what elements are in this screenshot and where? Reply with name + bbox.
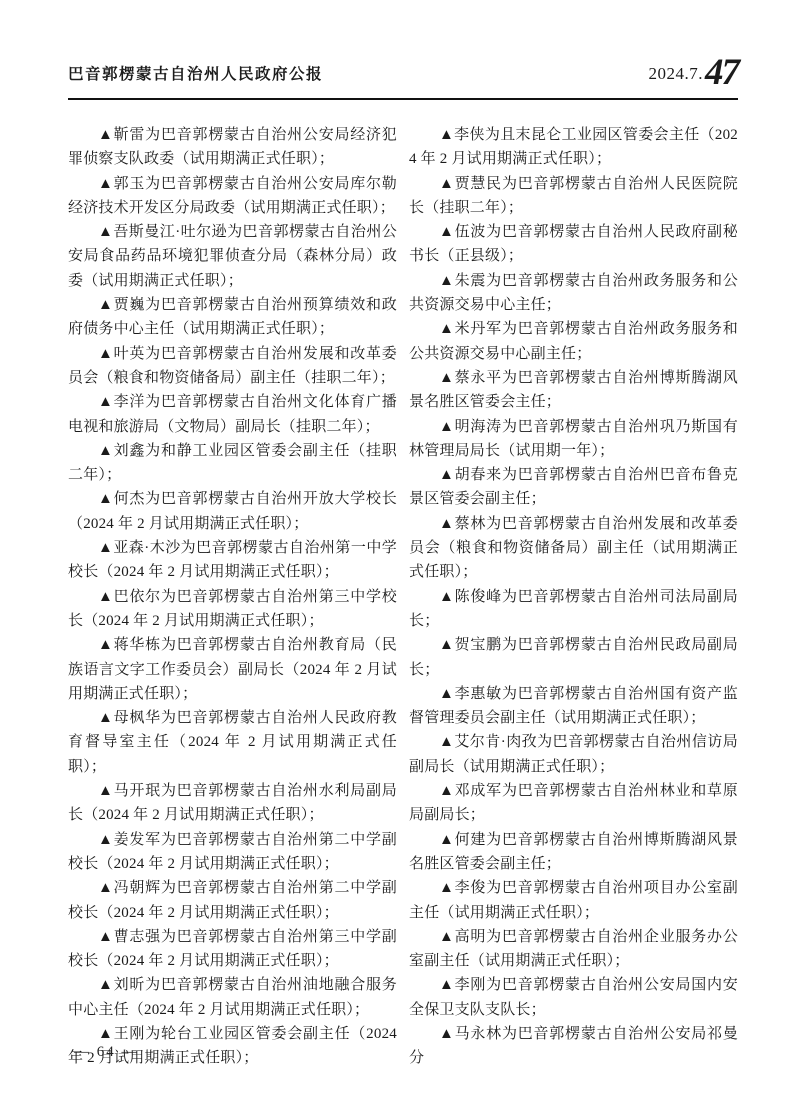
appointment-item: ▲高明为巴音郭楞蒙古自治州企业服务办公室副主任（试用期满正式任职）； [409, 925, 738, 974]
appointment-item: ▲蔡林为巴音郭楞蒙古自治州发展和改革委员会（粮食和物资储备局）副主任（试用期满正… [409, 512, 738, 585]
appointment-item: ▲朱震为巴音郭楞蒙古自治州政务服务和公共资源交易中心主任； [409, 269, 738, 318]
header-issue-info: 2024.7. 47 [649, 64, 739, 84]
appointment-item: ▲刘鑫为和静工业园区管委会副主任（挂职二年）； [68, 439, 397, 488]
appointment-item: ▲李刚为巴音郭楞蒙古自治州公安局国内安全保卫支队支队长； [409, 973, 738, 1022]
issue-date: 2024.7. [649, 64, 704, 84]
appointment-item: ▲吾斯曼江·吐尔逊为巴音郭楞蒙古自治州公安局食品药品环境犯罪侦查分局（森林分局）… [68, 220, 397, 293]
appointment-item: ▲李俊为巴音郭楞蒙古自治州项目办公室副主任（试用期满正式任职）； [409, 876, 738, 925]
appointment-item: ▲郭玉为巴音郭楞蒙古自治州公安局库尔勒经济技术开发区分局政委（试用期满正式任职）… [68, 172, 397, 221]
appointment-item: ▲李惠敏为巴音郭楞蒙古自治州国有资产监督管理委员会副主任（试用期满正式任职）； [409, 682, 738, 731]
appointment-item: ▲李侠为且末昆仑工业园区管委会主任（2024 年 2 月试用期满正式任职）； [409, 123, 738, 172]
appointment-item: ▲靳雷为巴音郭楞蒙古自治州公安局经济犯罪侦察支队政委（试用期满正式任职）； [68, 123, 397, 172]
appointment-item: ▲贾慧民为巴音郭楞蒙古自治州人民医院院长（挂职二年）； [409, 172, 738, 221]
appointment-item: ▲蔡永平为巴音郭楞蒙古自治州博斯腾湖风景名胜区管委会主任； [409, 366, 738, 415]
appointment-item: ▲曹志强为巴音郭楞蒙古自治州第三中学副校长（2024 年 2 月试用期满正式任职… [68, 925, 397, 974]
gazette-title: 巴音郭楞蒙古自治州人民政府公报 [68, 62, 323, 84]
right-column: ▲李侠为且末昆仑工业园区管委会主任（2024 年 2 月试用期满正式任职）； ▲… [409, 123, 738, 1071]
appointment-item: ▲米丹军为巴音郭楞蒙古自治州政务服务和公共资源交易中心副主任； [409, 317, 738, 366]
appointment-item: ▲叶英为巴音郭楞蒙古自治州发展和改革委员会（粮食和物资储备局）副主任（挂职二年）… [68, 342, 397, 391]
appointment-item: ▲马永林为巴音郭楞蒙古自治州公安局祁曼分 [409, 1022, 738, 1071]
appointment-item: ▲艾尔肯·肉孜为巴音郭楞蒙古自治州信访局副局长（试用期满正式任职）； [409, 730, 738, 779]
appointment-item: ▲贺宝鹏为巴音郭楞蒙古自治州民政局副局长； [409, 633, 738, 682]
article-columns: ▲靳雷为巴音郭楞蒙古自治州公安局经济犯罪侦察支队政委（试用期满正式任职）； ▲郭… [68, 123, 738, 1071]
appointment-item: ▲刘昕为巴音郭楞蒙古自治州油地融合服务中心主任（2024 年 2 月试用期满正式… [68, 973, 397, 1022]
appointment-item: ▲李洋为巴音郭楞蒙古自治州文化体育广播电视和旅游局（文物局）副局长（挂职二年）； [68, 390, 397, 439]
appointment-item: ▲何建为巴音郭楞蒙古自治州博斯腾湖风景名胜区管委会副主任； [409, 828, 738, 877]
appointment-item: ▲胡春来为巴音郭楞蒙古自治州巴音布鲁克景区管委会副主任； [409, 463, 738, 512]
gazette-page: 巴音郭楞蒙古自治州人民政府公报 2024.7. 47 ▲靳雷为巴音郭楞蒙古自治州… [0, 0, 790, 1118]
appointment-item: ▲母枫华为巴音郭楞蒙古自治州人民政府教育督导室主任（2024 年 2 月试用期满… [68, 706, 397, 779]
appointment-item: ▲蒋华栋为巴音郭楞蒙古自治州教育局（民族语言文字工作委员会）副局长（2024 年… [68, 633, 397, 706]
appointment-item: ▲邓成军为巴音郭楞蒙古自治州林业和草原局副局长； [409, 779, 738, 828]
appointment-item: ▲明海涛为巴音郭楞蒙古自治州巩乃斯国有林管理局局长（试用期一年）； [409, 415, 738, 464]
page-number: — 64 — [74, 1044, 139, 1061]
appointment-item: ▲陈俊峰为巴音郭楞蒙古自治州司法局副局长； [409, 585, 738, 634]
appointment-item: ▲贾巍为巴音郭楞蒙古自治州预算绩效和政府债务中心主任（试用期满正式任职）； [68, 293, 397, 342]
appointment-item: ▲巴依尔为巴音郭楞蒙古自治州第三中学校长（2024 年 2 月试用期满正式任职）… [68, 585, 397, 634]
appointment-item: ▲马开珉为巴音郭楞蒙古自治州水利局副局长（2024 年 2 月试用期满正式任职）… [68, 779, 397, 828]
appointment-item: ▲亚森·木沙为巴音郭楞蒙古自治州第一中学校长（2024 年 2 月试用期满正式任… [68, 536, 397, 585]
appointment-item: ▲冯朝辉为巴音郭楞蒙古自治州第二中学副校长（2024 年 2 月试用期满正式任职… [68, 876, 397, 925]
appointment-item: ▲何杰为巴音郭楞蒙古自治州开放大学校长（2024 年 2 月试用期满正式任职）； [68, 487, 397, 536]
gazette-header: 巴音郭楞蒙古自治州人民政府公报 2024.7. 47 [68, 0, 738, 100]
appointment-item: ▲姜发军为巴音郭楞蒙古自治州第二中学副校长（2024 年 2 月试用期满正式任职… [68, 828, 397, 877]
appointment-item: ▲伍波为巴音郭楞蒙古自治州人民政府副秘书长（正县级）； [409, 220, 738, 269]
left-column: ▲靳雷为巴音郭楞蒙古自治州公安局经济犯罪侦察支队政委（试用期满正式任职）； ▲郭… [68, 123, 397, 1071]
